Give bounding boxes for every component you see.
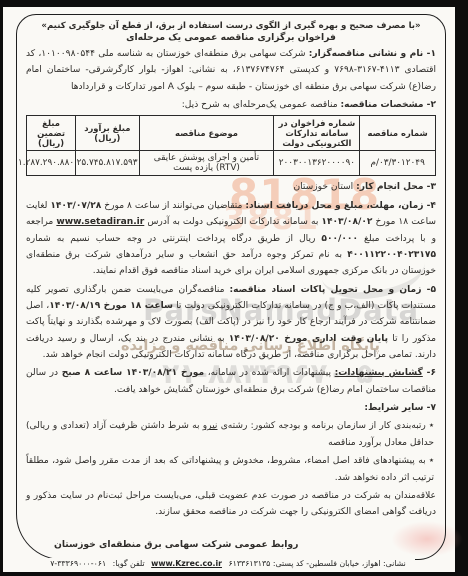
upload-deadline: ساعت ۱۸ مورخ ۱۴۰۳/۰۸/۱۹ [49, 301, 173, 311]
condition-ranking-text: رتبه‌بندی کار از سازمان برنامه و بودجه ک… [217, 421, 425, 431]
cell-tender-number: م/۰۳/۳۰۱۲۰۴۹ [360, 151, 436, 176]
item-3-text: استان خوزستان [293, 182, 356, 192]
item-4-document-purchase: ۴- زمان، مهلت، مبلغ و محل دریافت اسناد: … [26, 198, 436, 280]
col-tender-subject: موضوع مناقصه [139, 116, 274, 151]
bid-opening-datetime: مورخ ۱۴۰۳/۰۸/۲۱ ساعت ۸ صبح [62, 368, 204, 378]
doc-price: ۵۰۰/۰۰۰ [321, 234, 358, 244]
registration-note: علاقه‌مندان به شرکت در مناقصه در صورت عد… [26, 488, 436, 521]
condition-ranking: ٭ رتبه‌بندی کار از سازمان برنامه و بودجه… [26, 418, 436, 451]
physical-delivery-deadline: پایان وقت اداری مورخ ۱۴۰۳/۰۸/۲۰ [229, 334, 388, 344]
item-7-label: ۷- سایر شرایط: [364, 403, 436, 413]
item-1-bidder-name-address: ۱- نام و نشانی مناقصه‌گزار: شرکت سهامی ب… [26, 46, 436, 95]
item-3-label: ۳- محل انجام کار: [356, 182, 436, 192]
col-estimate-amount: مبلغ برآورد (ریال) [76, 116, 139, 151]
item-3-work-location: ۳- محل انجام کار: استان خوزستان [26, 179, 436, 195]
item-4-text: متقاضیان می‌توانند از ساعت ۸ مورخ [101, 201, 245, 211]
item-4-text-5: ریال از طریق درگاه پرداخت اینترنتی در وج… [26, 234, 321, 244]
item-4-text-3: به سامانه تدارکات الکترونیکی دولت به آدر… [144, 217, 321, 227]
col-setad-call-number: شماره فراخوان در سامانه تدارکات الکترونی… [274, 116, 360, 151]
footer-phone-label: تلفن گویا: [113, 559, 145, 568]
cell-setad-call-number: ۲۰۰۳۰۰۱۳۶۲۰۰۰۰۹۰ [274, 151, 360, 176]
footer-website: www.Kzrec.co.ir [151, 559, 222, 568]
item-6-number: ۶- [423, 368, 436, 378]
document-border-frame: «با مصرف صحیح و بهره گیری از الگوی درست … [16, 14, 446, 560]
col-tender-number: شماره مناقصه [360, 116, 436, 151]
footer-address: نشانی: اهواز، خیابان فلسطین- کد پستی: ۶۱… [228, 559, 405, 568]
item-7-other-conditions: ۷- سایر شرایط: [26, 400, 436, 416]
item-5-label: ۵- زمان و محل تحویل پاکات اسناد مناقصه: [229, 285, 436, 295]
tender-table: شماره مناقصه شماره فراخوان در سامانه تدا… [26, 115, 436, 176]
item-2-tender-specs: ۲- مشخصات مناقصه: مناقصه عمومی یک‌مرحله‌… [26, 97, 436, 113]
public-relations-signature: روابط عمومی شرکت سهامی برق منطقه‌ای خوزس… [26, 523, 436, 550]
footer-contact-line: نشانی: اهواز، خیابان فلسطین- کد پستی: ۶۱… [41, 558, 415, 569]
footer-phone-number: ۰۶۱-۳۳۳۶۹۰۰۰-۷ [50, 559, 106, 568]
item-2-label: ۲- مشخصات مناقصه: [341, 100, 436, 110]
cell-guarantee-amount: ۱.۲۸۷.۲۹۰.۸۸۰ [27, 151, 76, 176]
field-niroo: نیرو [203, 421, 218, 431]
item-6-label: گشایش پیشنهادات: [335, 368, 423, 378]
item-6-text: پیشنهادات ارائه شده در سامانه، [204, 368, 335, 378]
item-5-envelope-delivery: ۵- زمان و محل تحویل پاکات اسناد مناقصه: … [26, 282, 436, 364]
page-title: فراخوان برگزاری مناقصه عمومی یک مرحله‌ای [26, 32, 436, 43]
item-4-label: ۴- زمان، مهلت، مبلغ و محل دریافت اسناد: [245, 201, 436, 211]
table-row: م/۰۳/۳۰۱۲۰۴۹ ۲۰۰۳۰۰۱۳۶۲۰۰۰۰۹۰ تأمین و اج… [27, 151, 436, 176]
bank-account-number: ۴۰۰۱۱۲۲۰۰۴۰۲۳۱۷۵ [347, 250, 436, 260]
doc-sale-end-date: ۱۴۰۳/۰۸/۰۲ [321, 217, 372, 227]
doc-sale-start-date: ۱۴۰۳/۰۷/۲۸ [50, 201, 101, 211]
condition-invalid-bids: ٭ به پیشنهادهای فاقد اصل امضاء، مشروط، م… [26, 453, 436, 486]
energy-slogan: «با مصرف صحیح و بهره گیری از الگوی درست … [26, 21, 436, 31]
cell-tender-subject: تأمین و اجرای پوشش عایقی (RTV) یازده پست [139, 151, 274, 176]
item-1-label: ۱- نام و نشانی مناقصه‌گزار: [309, 49, 436, 59]
setadiran-url: www.setadiran.ir [56, 217, 144, 227]
asterisk-bullet-icon: ٭ [429, 421, 434, 431]
condition-invalid-bids-text: به پیشنهادهای فاقد اصل امضاء، مشروط، مخد… [26, 456, 434, 482]
cell-estimate-amount: ۲۵.۷۴۵.۸۱۷.۵۹۳ [76, 151, 139, 176]
col-guarantee-amount: مبلغ تضمین (ریال) [27, 116, 76, 151]
item-2-text: مناقصه عمومی یک‌مرحله‌ای به شرح ذیل: [182, 100, 341, 110]
scanned-tender-page: 81818 3881 ParsNamadData پایگاه اطلاع رس… [3, 7, 455, 572]
asterisk-bullet-icon: ٭ [429, 456, 434, 466]
item-6-bid-opening: ۶- گشایش پیشنهادات: پیشنهادات ارائه شده … [26, 365, 436, 398]
table-header-row: شماره مناقصه شماره فراخوان در سامانه تدا… [27, 116, 436, 151]
